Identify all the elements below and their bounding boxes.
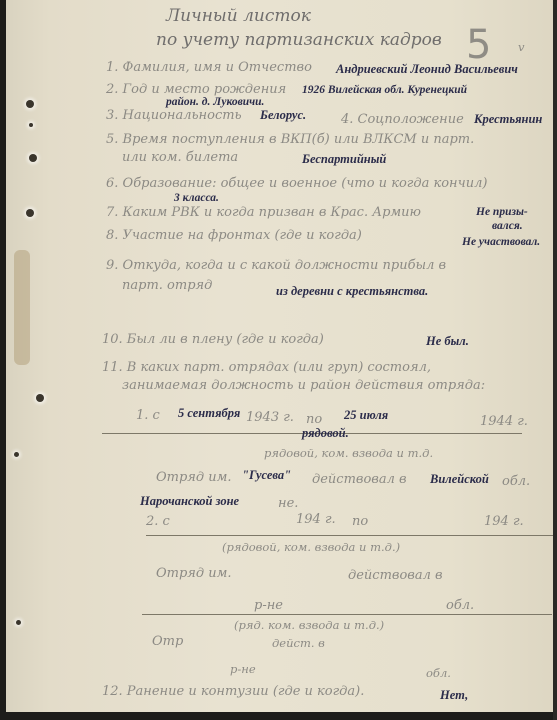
entry-3-region-suffix: обл.: [426, 666, 451, 680]
entry-1-acted-in: действовал в: [312, 472, 407, 487]
field-3-value: Белорус.: [260, 108, 306, 123]
entry-2-district-suffix: р-не: [254, 598, 283, 613]
field-10-value: Не был.: [426, 334, 469, 349]
field-9-label-line2: парт. отряд: [122, 278, 212, 293]
field-1-label: 1. Фамилия, имя и Отчество: [106, 60, 312, 75]
entry-1-from-year: 1943 г.: [246, 410, 294, 425]
entry-2-region-suffix: обл.: [446, 598, 474, 613]
entry-2-rule: [146, 535, 556, 536]
field-2-value: 1926 Вилейская обл. Куренецкий: [302, 84, 467, 96]
scan-border: [553, 0, 557, 720]
punch-hole: [14, 452, 19, 457]
entry-3-unit-label: Отр: [152, 634, 183, 649]
field-10-label: 10. Был ли в плену (где и когда): [102, 332, 324, 347]
field-5-label-line2: или ком. билета: [122, 150, 238, 165]
field-6-value: 3 класса.: [174, 192, 219, 204]
entry-2-to-word: по: [352, 514, 368, 529]
paper-stain: [14, 250, 30, 365]
punch-hole: [26, 100, 34, 108]
entry-1-unit-name: "Гусева": [242, 468, 291, 483]
field-11-label: 11. В каких парт. отрядах (или груп) сос…: [102, 360, 431, 375]
field-2-label: 2. Год и место рождения: [106, 82, 286, 97]
field-5-value: Беспартийный: [302, 152, 386, 167]
entry-2-position-hint: (рядовой, ком. взвода и т.д.): [222, 540, 400, 554]
entry-2-to-year: 194 г.: [484, 514, 524, 529]
entry-1-position: рядовой.: [302, 426, 349, 441]
field-8-label: 8. Участие на фронтах (где и когда): [106, 228, 362, 243]
field-1-value: Андриевский Леонид Васильевич: [336, 62, 518, 77]
entry-3-position-hint: (ряд. ком. взвода и т.д.): [234, 618, 384, 632]
punch-hole: [29, 123, 33, 127]
entry-1-region-suffix: обл.: [502, 474, 530, 489]
entry-1-to-year: 1944 г.: [480, 414, 528, 429]
field-9-label: 9. Откуда, когда и с какой должности при…: [106, 258, 446, 273]
field-3-label: 3. Национальность: [106, 108, 242, 123]
punch-hole: [29, 154, 37, 162]
punch-hole: [36, 394, 44, 402]
entry-1-to-word: по: [306, 412, 322, 427]
punch-hole: [16, 620, 21, 625]
entry-1-district: Нарочанской зоне: [140, 494, 239, 509]
field-12-label: 12. Ранение и контузии (где и когда).: [102, 684, 364, 699]
entry-1-prefix: 1. с: [136, 408, 160, 423]
field-6-label: 6. Образование: общее и военное (что и к…: [106, 176, 487, 191]
entry-1-region: Вилейской: [430, 472, 489, 487]
entry-1-unit-label: Отряд им.: [156, 470, 232, 485]
title-line-1: Личный листок: [166, 6, 311, 26]
punch-hole: [26, 209, 34, 217]
field-8-value: Не участвовал.: [462, 236, 540, 248]
field-2-value-line2: район. д. Луковичи.: [166, 96, 264, 108]
entry-1-position-hint: рядовой, ком. взвода и т.д.: [264, 446, 433, 460]
entry-3-acted-in: дейст. в: [272, 636, 325, 650]
document-page: Личный листок по учету партизанских кадр…: [6, 0, 557, 712]
entry-2-prefix: 2. с: [146, 514, 170, 529]
title-line-2: по учету партизанских кадров: [156, 30, 442, 50]
field-7-label: 7. Каким РВК и когда призван в Крас. Арм…: [106, 205, 421, 220]
field-5-label: 5. Время поступления в ВКП(б) или ВЛКСМ …: [106, 132, 474, 147]
field-7-value-line2: вался.: [492, 220, 523, 232]
entry-2-unit-label: Отряд им.: [156, 566, 232, 581]
field-9-value: из деревни с крестьянства.: [276, 284, 428, 299]
entry-2-acted-in: действовал в: [348, 568, 443, 583]
field-4-value: Крестьянин: [474, 112, 542, 127]
entry-2-from-year: 194 г.: [296, 512, 336, 527]
entry-1-from-date: 5 сентября: [178, 406, 240, 421]
entry-2-bottom-rule: [142, 614, 552, 615]
entry-1-district-suffix: не.: [278, 496, 298, 511]
corner-mark: v: [518, 40, 525, 54]
entry-1-to-date: 25 июля: [344, 408, 388, 423]
field-7-value: Не призы-: [476, 206, 528, 218]
entry-3-district-suffix: р-не: [230, 662, 256, 676]
field-12-value: Нет,: [440, 688, 468, 703]
field-11-label-line2: занимаемая должность и район действия от…: [122, 378, 485, 393]
field-4-label: 4. Соцположение: [341, 112, 464, 127]
